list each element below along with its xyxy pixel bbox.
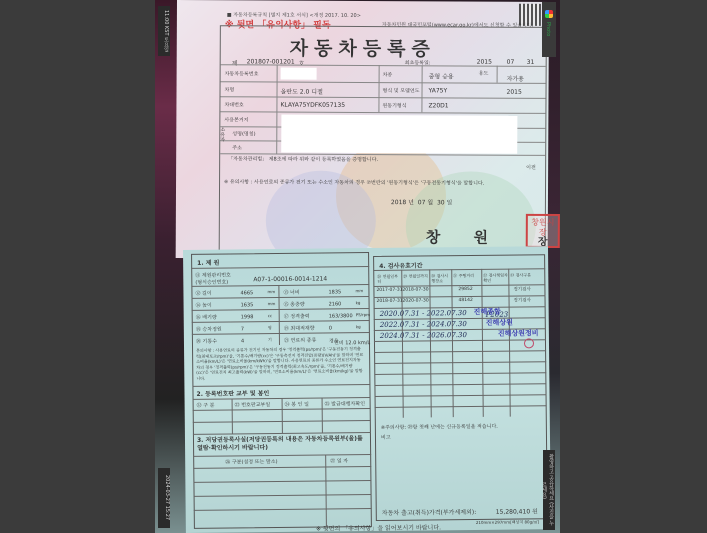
spec-label: ⑯ 배기량: [196, 314, 217, 321]
spec-unit: mm: [268, 301, 276, 306]
specs-section-title: 1. 제 원: [197, 258, 219, 267]
field-label-model-name: 차명: [225, 86, 235, 93]
paper-spec: 210mm×297mm[백상지 80g/㎡]: [476, 519, 539, 526]
price-label: 자동차 출고(취득)가격(부가세제외):: [382, 507, 477, 517]
issue-year: 2018: [391, 199, 406, 206]
field-label-engine-type: 원동기형식: [382, 102, 406, 109]
issue-month: 07: [418, 199, 426, 206]
model-cert-label: ⑪ 제원관리번호(형식승인번호): [195, 271, 235, 285]
plate-header: ㉒ 구 분: [197, 402, 215, 409]
footer-note: ※ 뒷면의 「유의사항」을 읽어보시기 바랍니다.: [316, 522, 441, 532]
app-logo-icon: [545, 10, 553, 18]
red-stamp-icon: [524, 338, 534, 348]
field-label-base-location: 사용본거지: [224, 116, 248, 123]
inspection-header: ㉝ 검사구분: [510, 272, 544, 277]
plate-header: ㉕ 발급대행자확인: [325, 400, 365, 407]
field-value-engine-type: Z20D1: [428, 102, 448, 109]
spec-unit: 기: [268, 337, 272, 343]
spec-value: 1635: [241, 302, 254, 308]
spec-value: 4: [241, 338, 244, 344]
field-label-usage: 용도: [479, 70, 489, 77]
inspection-header: ㉙ 연월일까지: [403, 273, 429, 278]
serial-suffix: 호: [299, 59, 305, 68]
spec-unit: kg: [356, 324, 361, 329]
inspection-cell-mileage: 48142: [459, 298, 473, 303]
plate-header: ㉓ 번호판교부일: [235, 401, 271, 408]
share-hint-label[interactable]: 촬영하고 공유하세요 (사진을 누르세요): [543, 450, 555, 530]
issue-date: 2018 년 07 월 30 일: [391, 197, 452, 206]
top-timestamp-label: 11:00 KST 토요일: [158, 6, 170, 56]
field-label-model-type: 형식 및 모델연도: [383, 87, 420, 94]
spec-unit: PS/rpm: [356, 312, 370, 317]
spec-label: ⑮ 총중량: [284, 301, 305, 308]
spec-label: ⑱ 승차정원: [196, 326, 222, 333]
inspection-caution: ※주의사항: ㉙항 첫째 난에는 신규등록일을 적습니다.: [381, 423, 498, 431]
field-value-model-type: YA75Y: [429, 87, 448, 94]
inspection-header: ㉚ 검사시행장소: [431, 273, 451, 283]
handwritten-validity: 2020.07.31 - 2022.07.30: [380, 309, 467, 318]
plate-header: ㉔ 봉 인 일: [285, 401, 309, 408]
field-label-owner-name: 성명(명칭): [232, 130, 255, 137]
specs-note: 문의사항 : 사용연료의 종류가 전기인 자동차의 경우 '정격출력(ps/rp…: [196, 346, 364, 381]
spec-unit: 명: [268, 325, 272, 331]
field-value-vehicle-type: 중형 승용: [429, 71, 454, 80]
spec-label: ⑬ 너비: [283, 289, 299, 296]
spec-unit: kg: [356, 300, 361, 305]
remarks-label: 비고: [381, 434, 391, 441]
spec-label: ⑲ 최대적재량: [284, 325, 315, 332]
spec-label: ㉑ 연료의 종류: [284, 337, 316, 344]
inspection-frame: [373, 254, 548, 521]
qr-code-icon: [519, 4, 541, 26]
spec-value: 0: [329, 325, 332, 331]
plate-section-title: 2. 등록번호판 교부 및 봉인: [196, 388, 269, 398]
price-value: 15,280,410 원: [496, 506, 538, 515]
mortgage-section-title: 3. 저당권등록사실(저당권등록의 내용은 자동차등록원부(을)를 열람·확인하…: [197, 435, 367, 453]
model-cert-value: A07-1-00016-0014-1214: [253, 275, 327, 283]
caution-text: ※ 유의사항 : 사용연료의 종류가 전기 또는 수소인 자동차의 경우 ⑦번란…: [224, 178, 484, 186]
first-reg-year: 2015: [477, 59, 492, 66]
inspection-cell-from: 2018-07-31: [377, 299, 403, 304]
owner-group-label: 소유자: [220, 128, 228, 143]
spec-value: 7: [241, 326, 244, 332]
spec-label: ⑳ 기통수: [196, 338, 217, 345]
spec-unit: cc: [268, 313, 272, 318]
month-label: 월: [427, 199, 433, 206]
issuer-label: 이전: [526, 164, 536, 171]
inspection-header: ㉛ 주행거리: [453, 273, 481, 278]
inspection-stamp: 진해상원: [486, 318, 513, 328]
app-badge[interactable]: Photo: [542, 2, 556, 57]
redacted-owner-info: [281, 115, 517, 154]
spec-value: 2160: [329, 301, 342, 307]
bottom-timestamp-label: 2024-03-27 15:27: [158, 468, 170, 528]
spec-label: ⑭ 높이: [196, 302, 212, 309]
handwritten-validity: 2022.07.31 - 2024.07.30: [380, 320, 467, 329]
field-value-model-name: 올란도 2.0 디젤: [281, 87, 323, 96]
field-value-model-year: 2015: [507, 89, 522, 96]
certification-text: 「자동차관리법」 제8조에 따라 위와 같이 등록하였음을 증명합니다.: [228, 155, 378, 163]
col-divider: [497, 66, 498, 83]
document-photo: ■ 자동차등록규칙 [별지 제1호 서식] <개정 2017. 10. 20> …: [155, 0, 560, 533]
inspection-cell-to: 2020-07-30: [403, 298, 429, 303]
inspection-header: ㉜ 검사책임자확인: [483, 273, 508, 283]
inspection-stamp: 진해상원정비: [498, 328, 539, 338]
spec-unit: mm: [355, 288, 363, 293]
field-value-vin: KLAYA75YDFK057135: [280, 102, 345, 109]
inspection-header: ㉘ 연월일부터: [377, 274, 401, 284]
official-seal-icon: 창원시장 장: [526, 214, 560, 248]
inspection-cell-to: 2018-07-30: [402, 287, 428, 292]
field-label-vin: 차대번호: [224, 101, 243, 108]
inspection-cell-type: 정기검사: [514, 297, 531, 303]
inspection-cell-from: 2017-07-31: [376, 288, 402, 293]
mortgage-header-date: ㉗ 일 자: [330, 457, 348, 464]
spec-unit: mm: [267, 289, 275, 294]
serial-label: 제: [232, 58, 238, 67]
redacted-reg-number: [281, 68, 317, 80]
year-label: 년: [408, 199, 414, 206]
day-label: 일: [447, 199, 453, 206]
spec-label: ⑰ 정격출력: [284, 313, 310, 320]
spec-value: 163/3800: [329, 313, 353, 319]
spec-value: 1835: [328, 289, 341, 295]
mortgage-header-type: ㉖ 구분(설정 또는 말소): [225, 458, 277, 466]
spec-value: 1998: [241, 314, 254, 320]
app-badge-label: Photo: [545, 22, 551, 36]
seal-text: 창원시장: [528, 218, 558, 238]
first-reg-day: 31: [527, 59, 535, 66]
spec-value: 4665: [240, 290, 253, 296]
registration-certificate: ■ 자동차등록규칙 [별지 제1호 서식] <개정 2017. 10. 20> …: [176, 0, 549, 260]
spec-label: ⑫ 길이: [195, 290, 211, 297]
field-label-address: 주소: [232, 144, 242, 151]
field-label-vehicle-type: 차종: [383, 71, 393, 78]
inspection-cell-mileage: 29852: [458, 287, 472, 292]
inspection-section-title: 4. 검사유효기간: [379, 260, 422, 269]
inspection-stamp: 진해종합: [474, 307, 501, 317]
field-label-reg-number: 자동차등록번호: [225, 70, 259, 77]
first-reg-month: 07: [507, 59, 515, 66]
image-viewer: ■ 자동차등록규칙 [별지 제1호 서식] <개정 2017. 10. 20> …: [0, 0, 707, 533]
handwritten-validity: 2024.07.31 - 2026.07.30: [380, 331, 467, 340]
issue-day: 30: [437, 199, 445, 206]
specification-page: 1. 제 원 ⑪ 제원관리번호(형식승인번호) A07-1-00016-0014…: [183, 246, 551, 533]
field-value-usage: 자가용: [507, 74, 524, 83]
inspection-cell-type: 정기검사: [513, 286, 530, 292]
